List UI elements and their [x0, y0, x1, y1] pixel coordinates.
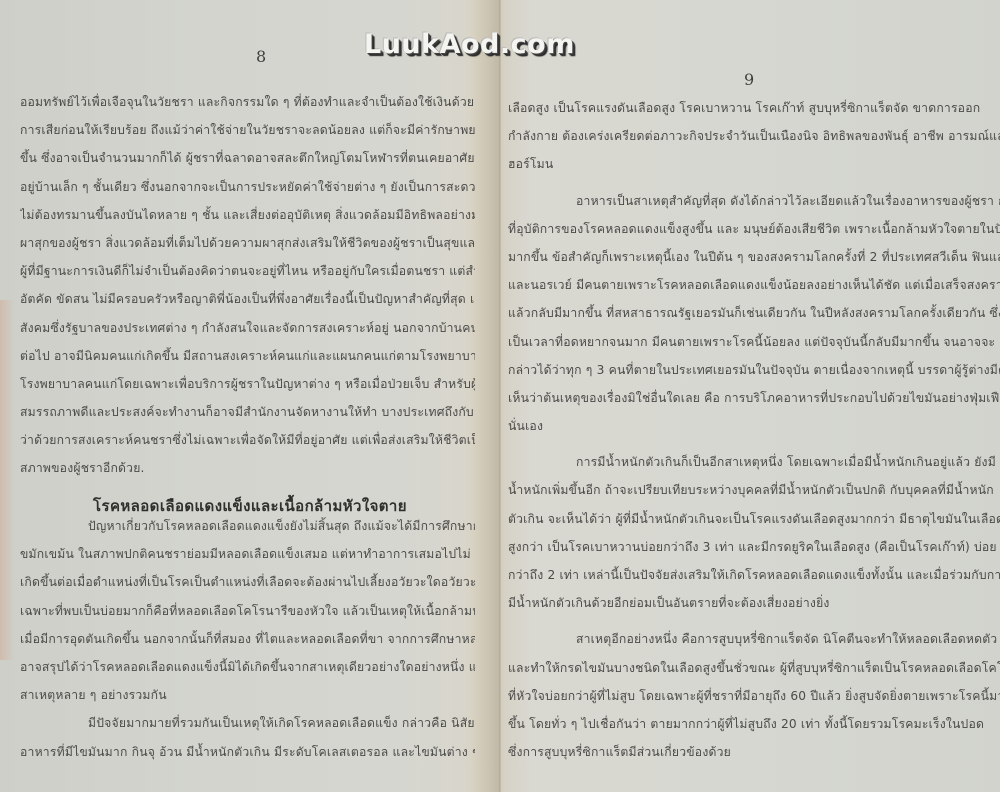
text-line: มากขึ้น ข้อสำคัญก็เพราะเหตุนี้เอง ในปีต้… — [508, 243, 968, 271]
text-line: กล่าวได้ว่าทุก ๆ 3 คนที่ตายในประเทศเยอรม… — [508, 356, 968, 384]
text-line: ซึ่งการสูบบุหรี่ซิกาแร็ตมีส่วนเกี่ยวข้อง… — [508, 738, 968, 766]
book-gutter — [499, 0, 501, 792]
text-line: ฮอร์โมน — [508, 150, 968, 178]
text-line: ผู้ที่มีฐานะการเงินดีก็ไม่จำเป็นต้องคิดว… — [20, 257, 475, 285]
text-line: สูงกว่า เป็นโรคเบาหวานบ่อยกว่าถึง 3 เท่า… — [508, 533, 968, 561]
text-line: อยู่บ้านเล็ก ๆ ชั้นเดียว ซึ่งนอกจากจะเป็… — [20, 173, 475, 201]
text-line: นั่นเอง — [508, 412, 968, 440]
text-line: สภาพของผู้ชราอีกด้วย. — [20, 454, 475, 482]
page-number-left: 8 — [256, 47, 266, 66]
text-line: เป็นเวลาที่อดหยากจนมาก มีคนตายเพราะโรคนี… — [508, 328, 968, 356]
text-line: ว่าด้วยการสงเคราะห์คนชราซึ่งไม่เฉพาะเพื่… — [20, 426, 475, 454]
text-line: อาจสรุปได้ว่าโรคหลอดเลือดแดงแข็งนี้มิได้… — [20, 653, 475, 681]
text-line: เฉพาะที่พบเป็นบ่อยมากก็คือที่หลอดเลือดโค… — [20, 597, 475, 625]
text-line: ที่หัวใจบ่อยกว่าผู้ที่ไม่สูบ โดยเฉพาะผู้… — [508, 682, 968, 710]
text-line: การมีน้ำหนักตัวเกินก็เป็นอีกสาเหตุหนึ่ง … — [508, 448, 968, 476]
text-line: การเสียก่อนให้เรียบร้อย ถึงแม้ว่าค่าใช้จ… — [20, 116, 475, 144]
text-line: ไม่ต้องทรมานขึ้นลงบันไดหลาย ๆ ชั้น และเส… — [20, 201, 475, 229]
left-paragraph-2: ปัญหาเกี่ยวกับโรคหลอดเลือดแดงแข็งยังไม่ส… — [20, 512, 475, 766]
text-line: ปัญหาเกี่ยวกับโรคหลอดเลือดแดงแข็งยังไม่ส… — [20, 512, 475, 540]
text-line: เมื่อมีการอุดตันเกิดขึ้น นอกจากนั้นก็ที่… — [20, 625, 475, 653]
text-line: แล้วกลับมีมากขึ้น ที่สหสาธารณรัฐเยอรมันก… — [508, 299, 968, 327]
text-line: กำลังกาย ต้องเคร่งเครียดต่อภาวะกิจประจำว… — [508, 122, 968, 150]
text-line: ขึ้น ซึ่งอาจเป็นจำนวนมากก็ได้ ผู้ชราที่ฉ… — [20, 144, 475, 172]
text-line: อาหารที่มีไขมันมาก กินจุ อ้วน มีน้ำหนักต… — [20, 738, 475, 766]
text-line: สมรรถภาพดีและประสงค์จะทำงานก็อาจมีสำนักง… — [20, 398, 475, 426]
text-line: มีน้ำหนักตัวเกินด้วยอีกย่อมเป็นอันตรายที… — [508, 589, 968, 617]
text-line: เกิดขึ้นต่อเมื่อตำแหน่งที่เป็นโรคเป็นตำแ… — [20, 568, 475, 596]
text-line: น้ำหนักเพิ่มขึ้นอีก ถ้าจะเปรียบเทียบระหว… — [508, 476, 968, 504]
page-edge-tint — [0, 300, 14, 660]
watermark-logo: LuukAod.com — [364, 29, 575, 60]
text-line: เลือดสูง เป็นโรคแรงดันเลือดสูง โรคเบาหวา… — [508, 94, 968, 122]
right-page: 9 เลือดสูง เป็นโรคแรงดันเลือดสูง โรคเบาห… — [508, 0, 968, 792]
right-body: เลือดสูง เป็นโรคแรงดันเลือดสูง โรคเบาหวา… — [508, 94, 968, 766]
text-line: ออมทรัพย์ไว้เพื่อเจือจุนในวัยชรา และกิจก… — [20, 88, 475, 116]
text-line: ผาสุกของผู้ชรา สิ่งแวดล้อมที่เต็มไปด้วยค… — [20, 229, 475, 257]
text-line: อาหารเป็นสาเหตุสำคัญที่สุด ดังได้กล่าวไว… — [508, 187, 968, 215]
text-line: ต่อไป อาจมีนิคมคนแก่เกิดขึ้น มีสถานสงเคร… — [20, 342, 475, 370]
left-paragraph-1: ออมทรัพย์ไว้เพื่อเจือจุนในวัยชรา และกิจก… — [20, 88, 475, 483]
text-line: สังคมซึ่งรัฐบาลของประเทศต่าง ๆ กำลังสนใจ… — [20, 314, 475, 342]
text-line: เห็นว่าต้นเหตุของเรื่องมิใช่อื่นใดเลย คื… — [508, 384, 968, 412]
text-line: และทำให้กรดไขมันบางชนิดในเลือดสูงขึ้นชั่… — [508, 654, 968, 682]
text-line: ตัวเกิน จะเห็นได้ว่า ผู้ที่มีน้ำหนักตัวเ… — [508, 505, 968, 533]
text-line: อัตคัด ขัดสน ไม่มีครอบครัวหรือญาติพี่น้อ… — [20, 285, 475, 313]
text-line: โรงพยาบาลคนแก่โดยเฉพาะเพื่อบริการผู้ชราใ… — [20, 370, 475, 398]
text-line: กว่าถึง 2 เท่า เหล่านี้เป็นปัจจัยส่งเสริ… — [508, 561, 968, 589]
text-line: ขึ้น โดยทั่ว ๆ ไปเชื่อกันว่า ตายมากกว่าผ… — [508, 710, 968, 738]
text-line: สาเหตุอีกอย่างหนึ่ง คือการสูบบุหรี่ซิกาแ… — [508, 625, 968, 653]
page-number-right: 9 — [744, 70, 754, 89]
text-line: และนอรเวย์ มีคนตายเพราะโรคหลอดเลือดแดงแข… — [508, 271, 968, 299]
left-page: 8 ออมทรัพย์ไว้เพื่อเจือจุนในวัยชรา และกิ… — [20, 0, 475, 792]
text-line: มีปัจจัยมากมายที่รวมกันเป็นเหตุให้เกิดโร… — [20, 709, 475, 737]
text-line: ที่อุบัติการของโรคหลอดแดงแข็งสูงขึ้น และ… — [508, 215, 968, 243]
text-line: ขมักเขม้น ในสภาพปกติคนชราย่อมมีหลอดเลือด… — [20, 540, 475, 568]
text-line: สาเหตุหลาย ๆ อย่างรวมกัน — [20, 681, 475, 709]
